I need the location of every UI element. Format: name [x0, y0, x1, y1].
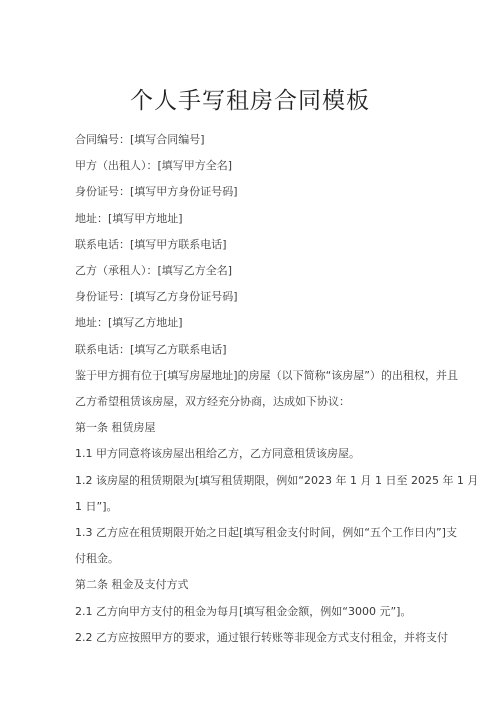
field-party-b-phone: 联系电话：[填写乙方联系电话]: [75, 337, 427, 363]
article-1-heading: 第一条 租赁房屋: [75, 415, 427, 441]
clause-1-2-line-2: 1 日”]。: [75, 494, 427, 520]
clause-1-1: 1.1 甲方同意将该房屋出租给乙方，乙方同意租赁该房屋。: [75, 441, 427, 467]
field-party-a-id: 身份证号：[填写甲方身份证号码]: [75, 179, 427, 205]
preamble-line-2: 乙方希望租赁该房屋，双方经充分协商，达成如下协议：: [75, 389, 427, 415]
document-body: 合同编号：[填写合同编号] 甲方（出租人）：[填写甲方全名] 身份证号：[填写甲…: [75, 127, 427, 651]
clause-2-2-line-1: 2.2 乙方应按照甲方的要求，通过银行转账等非现金方式支付租金，并将支付: [75, 625, 427, 651]
field-party-a-phone: 联系电话：[填写甲方联系电话]: [75, 232, 427, 258]
clause-1-3-line-1: 1.3 乙方应在租赁期限开始之日起[填写租金支付时间，例如“五个工作日内”]支: [75, 520, 427, 546]
field-party-a-address: 地址：[填写甲方地址]: [75, 206, 427, 232]
document-title: 个人手写租房合同模板: [0, 82, 500, 115]
article-2-heading: 第二条 租金及支付方式: [75, 572, 427, 598]
clause-1-3-line-2: 付租金。: [75, 546, 427, 572]
clause-1-2-line-1: 1.2 该房屋的租赁期限为[填写租赁期限，例如“2023 年 1 月 1 日至 …: [75, 468, 427, 494]
field-party-b-id: 身份证号：[填写乙方身份证号码]: [75, 284, 427, 310]
field-contract-number: 合同编号：[填写合同编号]: [75, 127, 427, 153]
clause-2-1: 2.1 乙方向甲方支付的租金为每月[填写租金金额，例如“3000 元”]。: [75, 599, 427, 625]
preamble-line-1: 鉴于甲方拥有位于[填写房屋地址]的房屋（以下简称“该房屋”）的出租权，并且: [75, 363, 427, 389]
field-party-b-address: 地址：[填写乙方地址]: [75, 310, 427, 336]
field-party-b-name: 乙方（承租人）：[填写乙方全名]: [75, 258, 427, 284]
field-party-a-name: 甲方（出租人）：[填写甲方全名]: [75, 153, 427, 179]
document-page: 个人手写租房合同模板 合同编号：[填写合同编号] 甲方（出租人）：[填写甲方全名…: [0, 0, 500, 707]
